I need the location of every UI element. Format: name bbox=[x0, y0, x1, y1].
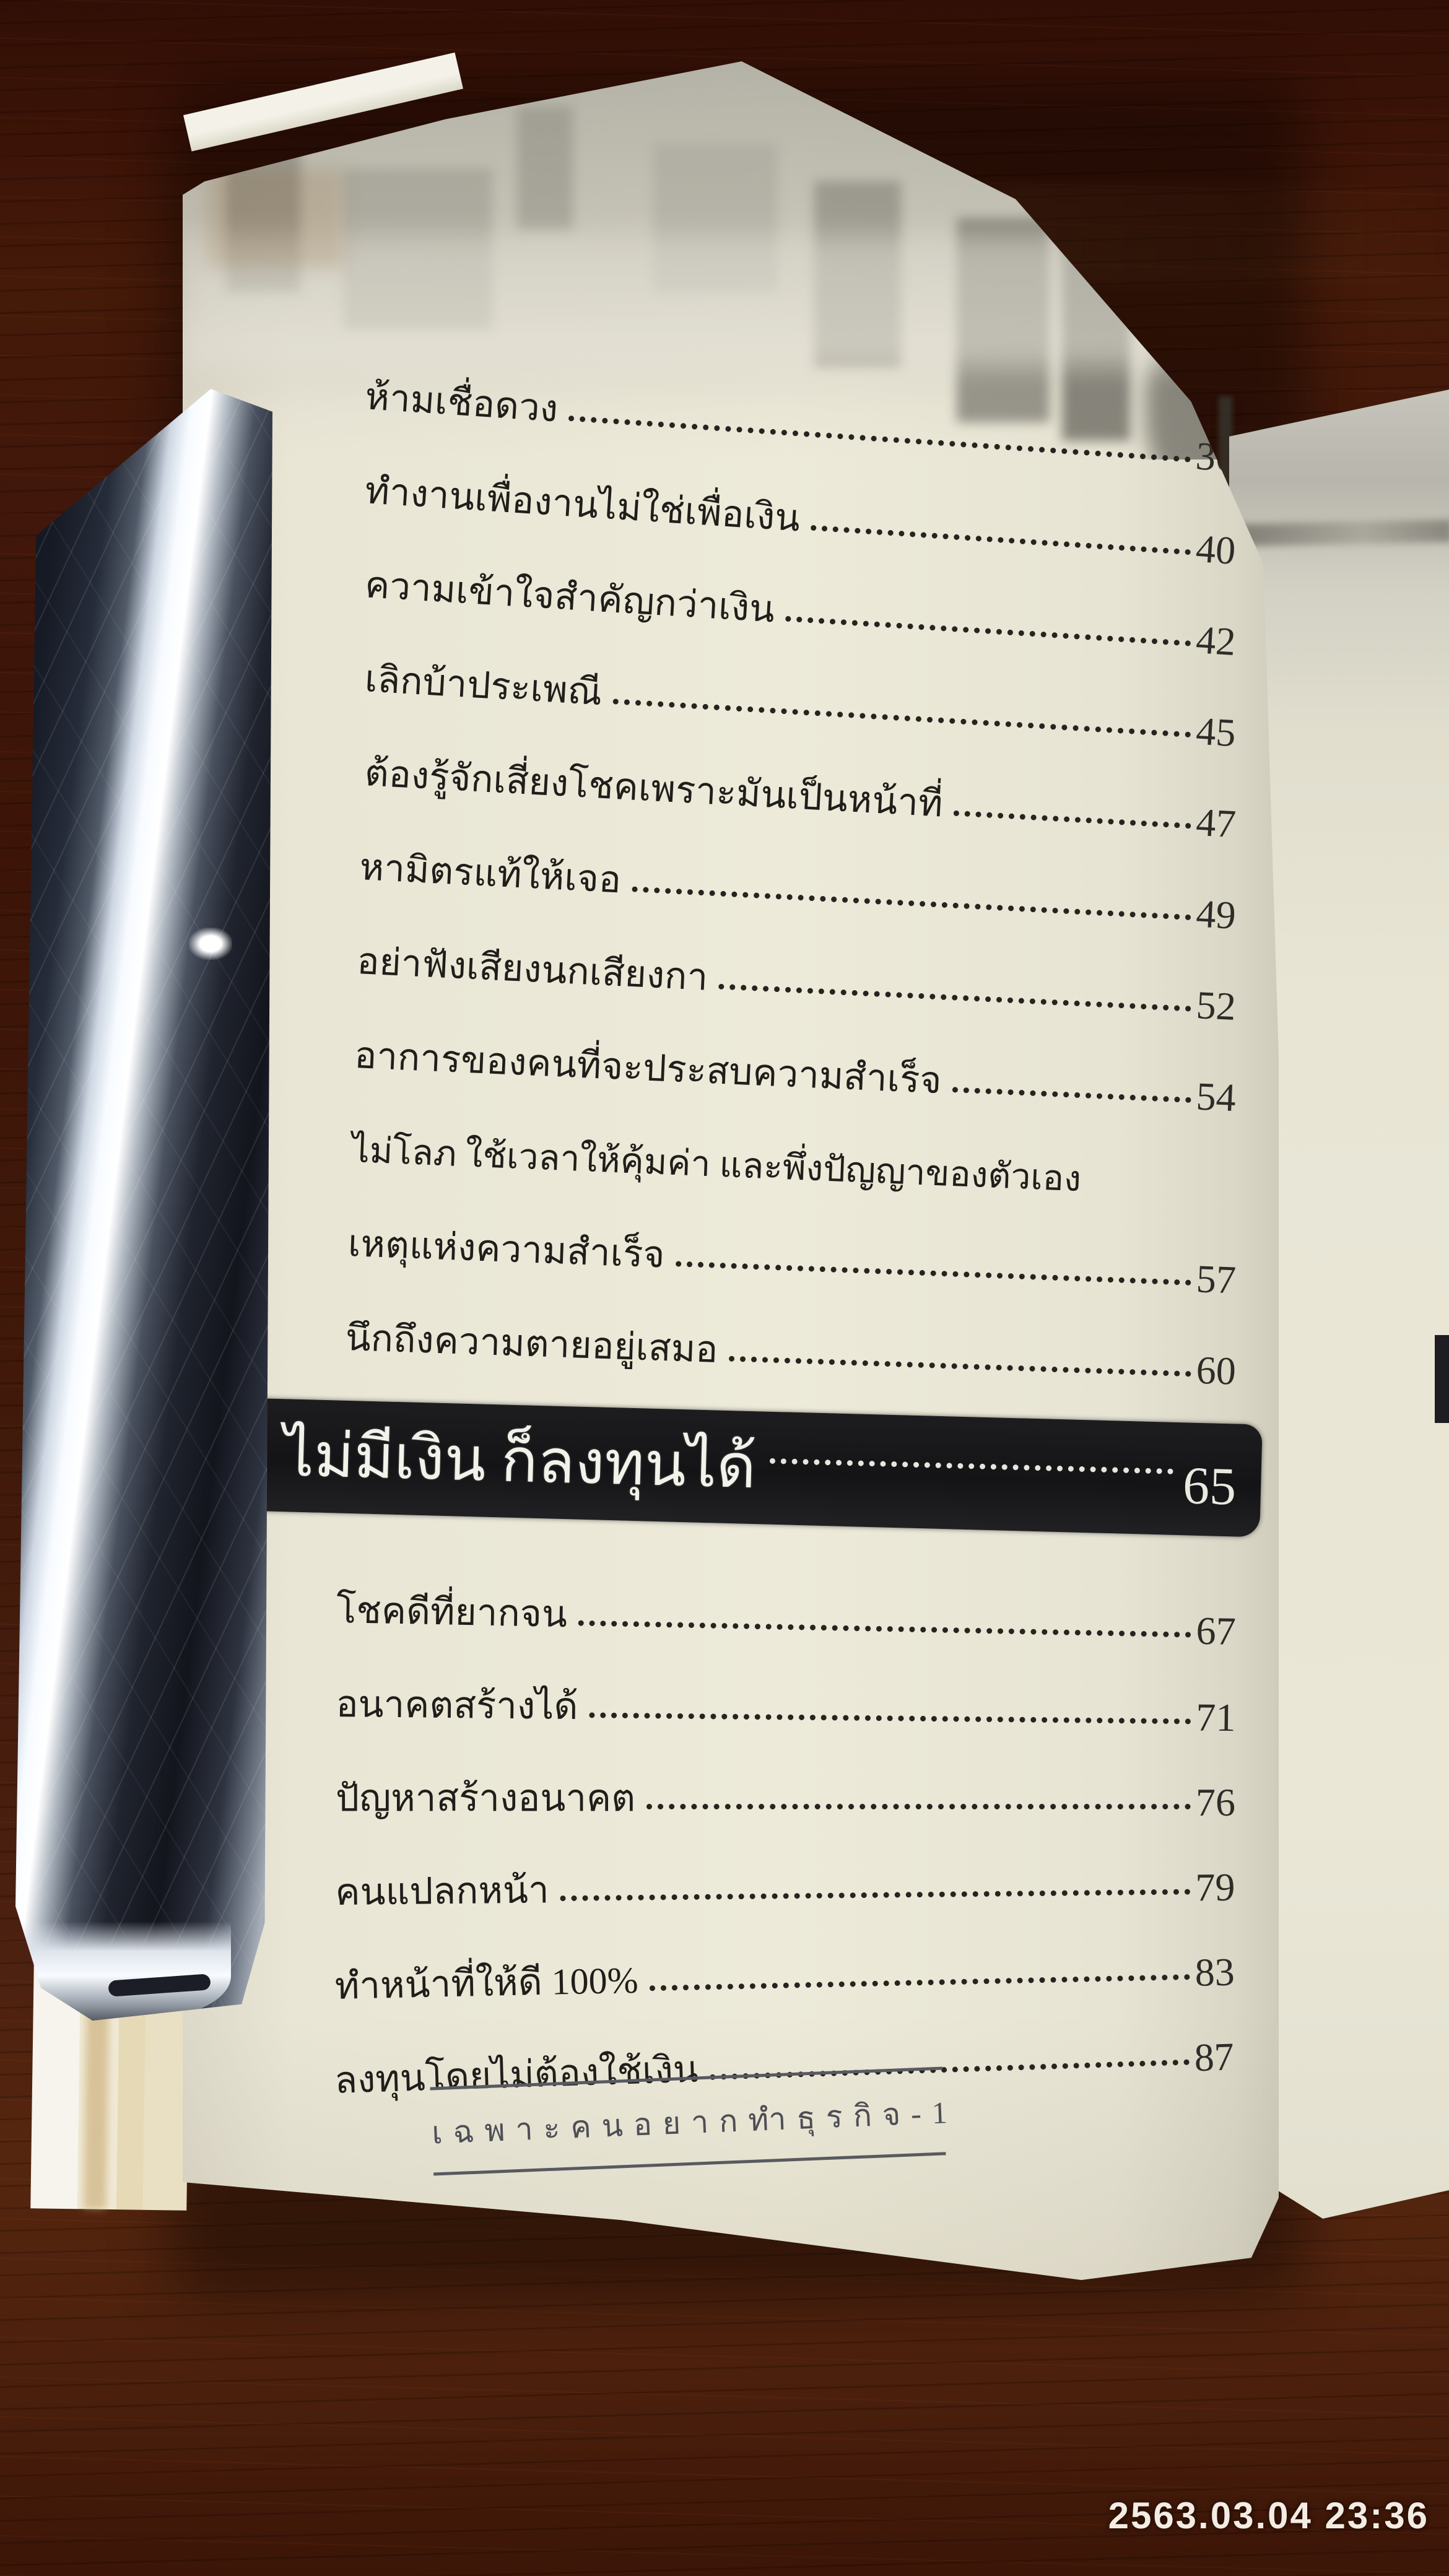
facing-page-curl-shadow bbox=[1229, 520, 1449, 547]
toc-dotted-leader bbox=[676, 1261, 1191, 1286]
table-of-contents: ห้ามเชื่อดวง 36 ทำงานเพื่องานไม่ใช่เพื่อ… bbox=[341, 337, 1255, 2115]
toc-dotted-leader bbox=[952, 1087, 1191, 1103]
clip-specular-highlight bbox=[189, 928, 232, 960]
metal-clip bbox=[15, 389, 272, 2021]
toc-dotted-leader bbox=[589, 1712, 1191, 1724]
toc-entry-title: ห้ามเชื่อดวง bbox=[364, 377, 560, 429]
toc-dotted-leader bbox=[650, 1974, 1190, 1991]
toc-page-number: 83 bbox=[1194, 1949, 1255, 1996]
section-header-band: ไม่มีเงิน ก็ลงทุนได้ 65 bbox=[254, 1398, 1263, 1537]
toc-entry-row: ปัญหาสร้างอนาคต 76 bbox=[336, 1739, 1255, 1833]
toc-entry-title: นึกถึงความตายอยู่เสมอ bbox=[345, 1318, 719, 1370]
toc-dotted-leader bbox=[811, 525, 1191, 555]
toc-dotted-leader bbox=[578, 1621, 1191, 1638]
section-page-number: 65 bbox=[1182, 1454, 1237, 1517]
clip-scratches bbox=[15, 389, 272, 2021]
section-dotted-leader bbox=[770, 1458, 1173, 1474]
toc-page-number: 54 bbox=[1195, 1073, 1256, 1121]
toc-dotted-leader bbox=[785, 616, 1191, 646]
camera-timestamp: 2563.03.04 23:36 bbox=[1108, 2494, 1429, 2537]
toc-dotted-leader bbox=[718, 984, 1191, 1012]
toc-page-number: 71 bbox=[1196, 1695, 1256, 1741]
toc-page-number: 76 bbox=[1196, 1780, 1255, 1825]
section-title: ไม่มีเงิน ก็ลงทุนได้ bbox=[283, 1425, 757, 1498]
toc-entry-title: อนาคตสร้างได้ bbox=[336, 1685, 578, 1726]
toc-page-number: 40 bbox=[1194, 526, 1257, 575]
toc-page-number: 87 bbox=[1194, 2033, 1255, 2081]
toc-dotted-leader bbox=[632, 886, 1191, 920]
toc-entry-title: คนแปลกหน้า bbox=[335, 1871, 549, 1912]
toc-entry-title: ปัญหาสร้างอนาคต bbox=[336, 1779, 635, 1818]
toc-entry-title: โชคดีที่ยากจน bbox=[336, 1591, 567, 1634]
toc-entry-title: ความเข้าใจสำคัญกว่าเงิน bbox=[363, 565, 775, 629]
toc-section-one: ห้ามเชื่อดวง 36 ทำงานเพื่องานไม่ใช่เพื่อ… bbox=[341, 337, 1255, 1372]
toc-dotted-leader bbox=[646, 1804, 1191, 1809]
toc-page-number: 42 bbox=[1194, 617, 1256, 666]
toc-entry-title: เลิกบ้าประเพณี bbox=[363, 659, 603, 712]
toc-dotted-leader bbox=[729, 1356, 1191, 1377]
toc-page-number: 52 bbox=[1195, 982, 1256, 1030]
toc-page-number: 79 bbox=[1195, 1864, 1255, 1910]
toc-page-number: 67 bbox=[1196, 1608, 1256, 1655]
toc-entry-title: ทำงานเพื่องานไม่ใช่เพื่อเงิน bbox=[364, 471, 802, 538]
toc-entry-title: ทำหน้าที่ให้ดี 100% bbox=[334, 1961, 638, 2006]
photo-of-book-toc: ห้ามเชื่อดวง 36 ทำงานเพื่องานไม่ใช่เพื่อ… bbox=[0, 0, 1449, 2576]
toc-entry-row: อนาคตสร้างได้ 71 bbox=[336, 1645, 1256, 1749]
facing-page-black-mark bbox=[1435, 1335, 1449, 1423]
toc-dotted-leader bbox=[560, 1889, 1191, 1902]
toc-page-number: 47 bbox=[1195, 799, 1257, 848]
toc-entry-title: หามิตรแท้ให้เจอ bbox=[359, 848, 622, 900]
toc-page-number: 49 bbox=[1195, 891, 1257, 940]
toc-page-number: 57 bbox=[1196, 1256, 1257, 1303]
toc-dotted-leader bbox=[954, 811, 1191, 829]
toc-page: ห้ามเชื่อดวง 36 ทำงานเพื่องานไม่ใช่เพื่อ… bbox=[183, 57, 1279, 2280]
toc-section-two: โชคดีที่ยากจน 67 อนาคตสร้างได้ 71 ปัญหาส… bbox=[341, 1551, 1255, 2115]
toc-page-number: 45 bbox=[1194, 708, 1256, 757]
toc-page-number: 60 bbox=[1196, 1347, 1256, 1395]
toc-entry-title: อย่าฟังเสียงนกเสียงกา bbox=[356, 942, 709, 998]
toc-entry-title: อาการของคนที่จะประสบความสำเร็จ bbox=[354, 1036, 942, 1100]
toc-entry-title: เหตุแห่งความสำเร็จ bbox=[347, 1224, 666, 1275]
